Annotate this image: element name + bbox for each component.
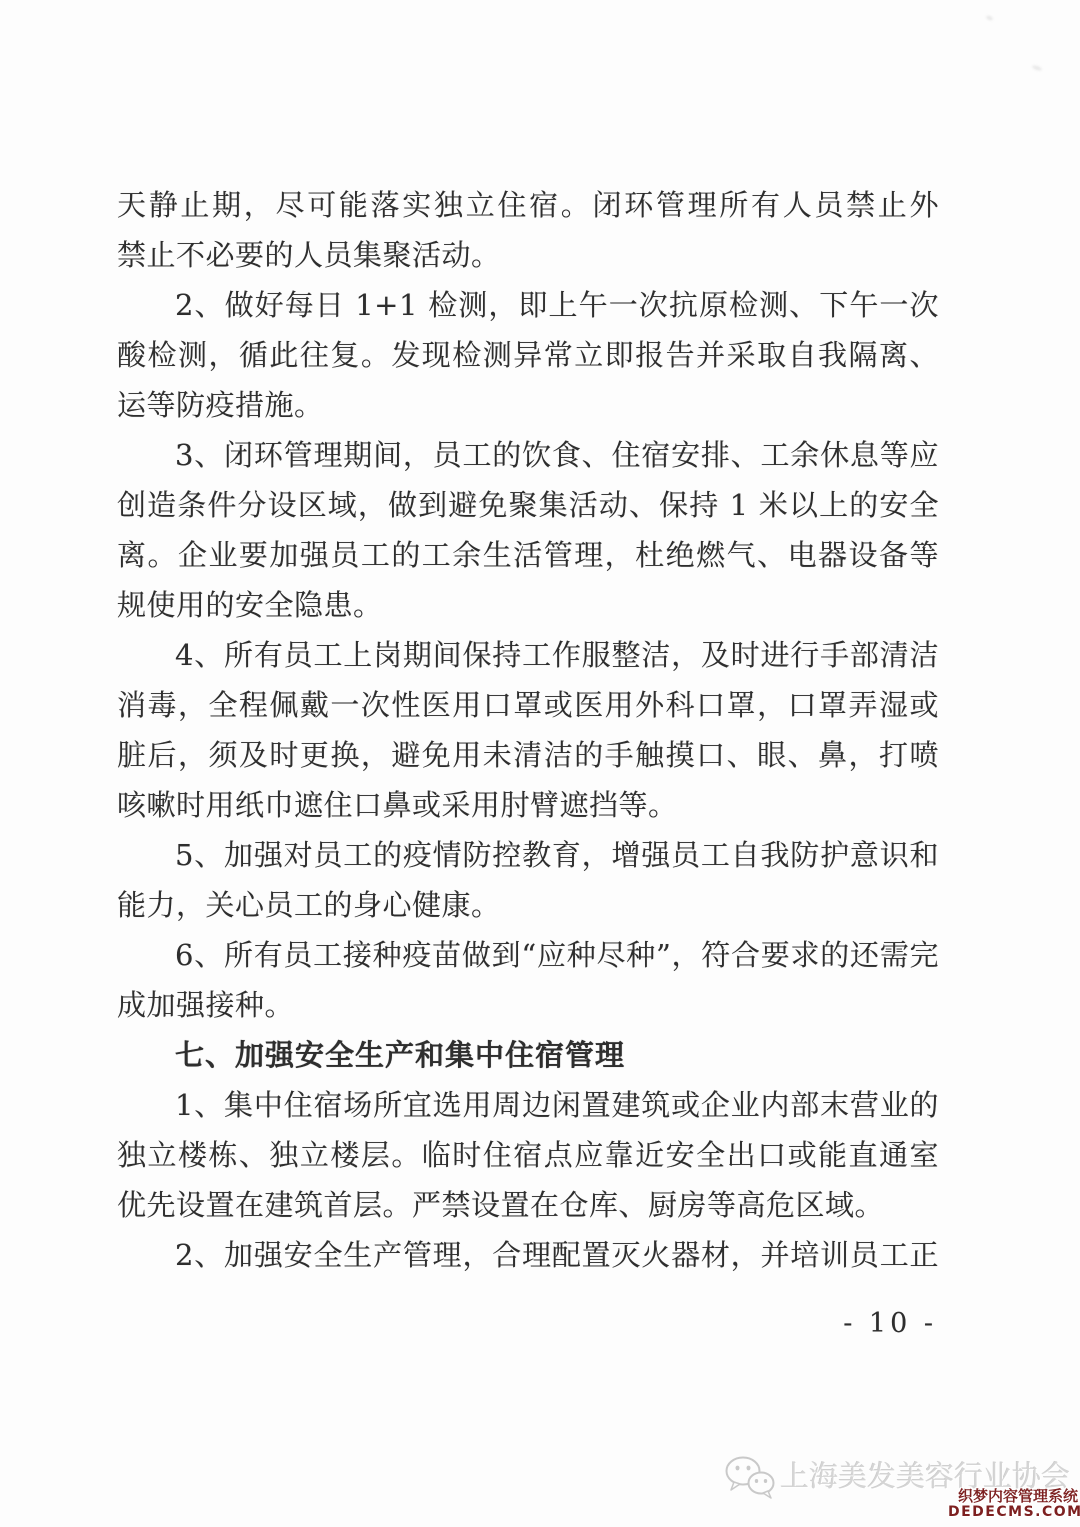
scan-artifact [985,15,993,22]
text-line: 6、所有员工接种疫苗做到“应种尽种”，符合要求的还需完 [117,930,939,980]
text-line: 成加强接种。 [117,980,939,1030]
text-line: 运等防疫措施。 [117,380,939,430]
text-line: 咳嗽时用纸巾遮住口鼻或采用肘臂遮挡等。 [117,780,939,830]
text-line: 禁止不必要的人员集聚活动。 [117,230,939,280]
document-page: 天静止期，尽可能落实独立住宿。闭环管理所有人员禁止外出，禁止不必要的人员集聚活动… [0,0,1080,1527]
text-line: 规使用的安全隐患。 [117,580,939,630]
wechat-icon [724,1454,776,1502]
text-line: 2、做好每日 1+1 检测，即上午一次抗原检测、下午一次核 [117,280,939,330]
text-line: 5、加强对员工的疫情防控教育，增强员工自我防护意识和 [117,830,939,880]
page-number: - 10 - [117,1308,937,1339]
text-line: 2、加强安全生产管理，合理配置灭火器材，并培训员工正 [117,1230,939,1280]
text-line: 脏后，须及时更换，避免用未清洁的手触摸口、眼、鼻，打喷嚏、 [117,730,939,780]
text-line: 3、闭环管理期间，员工的饮食、住宿安排、工余休息等应 [117,430,939,480]
section-heading: 七、加强安全生产和集中住宿管理 [117,1030,939,1080]
text-line: 独立楼栋、独立楼层。临时住宿点应靠近安全出口或能直通室外， [117,1130,939,1180]
document-body: 天静止期，尽可能落实独立住宿。闭环管理所有人员禁止外出，禁止不必要的人员集聚活动… [117,180,939,1280]
text-line: 1、集中住宿场所宜选用周边闲置建筑或企业内部末营业的 [117,1080,939,1130]
text-line: 优先设置在建筑首层。严禁设置在仓库、厨房等高危区域。 [117,1180,939,1230]
text-line: 天静止期，尽可能落实独立住宿。闭环管理所有人员禁止外出， [117,180,939,230]
cms-watermark: 织梦内容管理系统 DEDECMS.COM [948,1488,1078,1520]
text-line: 消毒，全程佩戴一次性医用口罩或医用外科口罩，口罩弄湿或弄 [117,680,939,730]
text-line: 4、所有员工上岗期间保持工作服整洁，及时进行手部清洁 [117,630,939,680]
cms-watermark-line2: DEDECMS.COM [948,1504,1078,1520]
cms-watermark-line1: 织梦内容管理系统 [948,1488,1078,1504]
footer-watermark: 上海美发美容行业协会 织梦内容管理系统 DEDECMS.COM [0,1448,1080,1527]
text-line: 离。企业要加强员工的工余生活管理，杜绝燃气、电器设备等违 [117,530,939,580]
text-line: 能力，关心员工的身心健康。 [117,880,939,930]
text-line: 酸检测，循此往复。发现检测异常立即报告并采取自我隔离、转 [117,330,939,380]
text-line: 创造条件分设区域，做到避免聚集活动、保持 1 米以上的安全距 [117,480,939,530]
scan-artifact [1032,64,1043,71]
